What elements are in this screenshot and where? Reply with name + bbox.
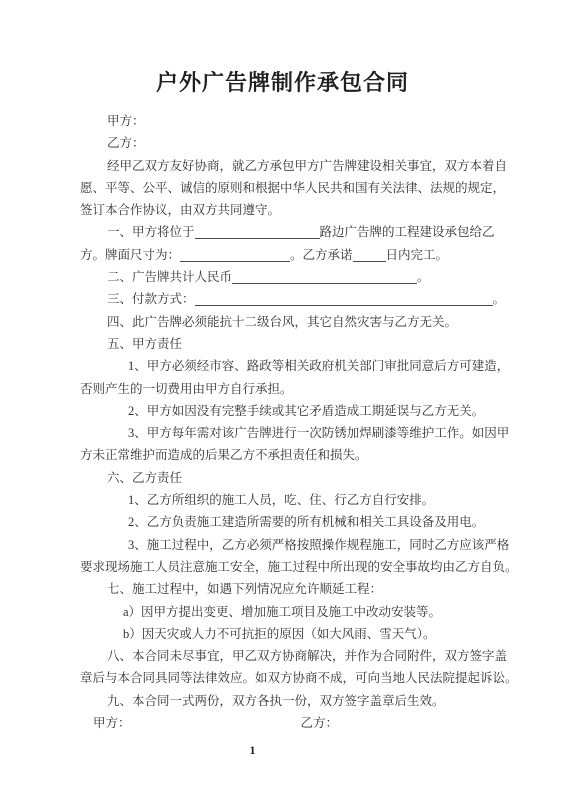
clause-4: 四、此广告牌必须能抗十二级台风，其它自然灾害与乙方无关。 — [80, 311, 525, 333]
text-run: 日内完工。 — [386, 248, 449, 262]
blank-location-field — [195, 226, 320, 239]
blank-panel-size-field — [180, 249, 290, 262]
clause-3: 三、付款方式：。 — [80, 288, 525, 310]
text-run: 1、乙方所组织的施工人员，吃、住、行乙方自行安排。 — [128, 493, 434, 507]
text-run: 方。牌面尺寸为： — [80, 248, 180, 262]
text-run: 否则产生的一切费用由甲方自行承担。 — [80, 382, 293, 396]
text-run: 方未正常维护而造成的后果乙方不承担责任和损失。 — [80, 448, 368, 462]
preamble-line-3: 签订本合作协议，由双方共同遵守。 — [80, 199, 525, 221]
signature-gap — [131, 726, 301, 727]
text-run: 。 — [493, 292, 506, 306]
party-a-label-text: 甲方： — [107, 114, 145, 128]
clause-5-item-1-line-2: 否则产生的一切费用由甲方自行承担。 — [80, 378, 525, 400]
clause-6-item-1: 1、乙方所组织的施工人员，吃、住、行乙方自行安排。 — [80, 489, 525, 511]
text-run: 路边广告牌的工程建设承包给乙 — [320, 225, 495, 239]
clause-6-item-2: 2、乙方负责施工建造所需要的所有机械和相关工具设备及用电。 — [80, 511, 525, 533]
clause-6-item-3-line-2: 要求现场施工人员注意施工安全，施工过程中所出现的安全事故均由乙方自负。 — [80, 556, 525, 578]
text-run: 经甲乙双方友好协商，就乙方承包甲方广告牌建设相关事宜，双方本着自 — [107, 159, 507, 173]
clause-6-heading: 六、乙方责任 — [80, 467, 525, 489]
text-run: 签订本合作协议，由双方共同遵守。 — [80, 203, 280, 217]
clause-5-heading: 五、甲方责任 — [80, 333, 525, 355]
document-title: 户外广告牌制作承包合同 — [0, 0, 565, 96]
text-run: 四、此广告牌必须能抗十二级台风，其它自然灾害与乙方无关。 — [107, 315, 457, 329]
text-run: 六、乙方责任 — [107, 471, 182, 485]
text-run: 2、乙方负责施工建造所需要的所有机械和相关工具设备及用电。 — [128, 515, 484, 529]
document-body: 甲方：乙方：经甲乙双方友好协商，就乙方承包甲方广告牌建设相关事宜，双方本着自愿、… — [80, 110, 525, 734]
clause-2: 二、广告牌共计人民币。 — [80, 266, 525, 288]
signature-party-b-label: 乙方： — [301, 716, 339, 730]
clause-8-line-2: 章后与本合同具同等法律效应。如双方协商不成，可向当地人民法院提起诉讼。 — [80, 667, 525, 689]
clause-8-line-1: 八、本合同未尽事宜，甲乙双方协商解决，并作为合同附件，双方签字盖 — [80, 645, 525, 667]
clause-1-line-2: 方。牌面尺寸为：。乙方承诺日内完工。 — [80, 244, 525, 266]
text-run: 愿、平等、公平、诚信的原则和根据中华人民共和国有关法律、法规的规定， — [80, 181, 505, 195]
text-run: 三、付款方式： — [107, 292, 195, 306]
preamble-line-2: 愿、平等、公平、诚信的原则和根据中华人民共和国有关法律、法规的规定， — [80, 177, 525, 199]
text-run: 章后与本合同具同等法律效应。如双方协商不成，可向当地人民法院提起诉讼。 — [80, 671, 518, 685]
text-run: b）因天灾或人力不可抗拒的原因（如大风雨、雪天气）。 — [123, 627, 436, 641]
text-run: a）因甲方提出变更、增加施工项目及施工中改动安装等。 — [123, 605, 441, 619]
text-run: 3、甲方每年需对该广告牌进行一次防锈加焊刷漆等维护工作。如因甲 — [128, 426, 509, 440]
clause-7-item-b: b）因天灾或人力不可抗拒的原因（如大风雨、雪天气）。 — [80, 623, 525, 645]
clause-1-line-1: 一、甲方将位于路边广告牌的工程建设承包给乙 — [80, 221, 525, 243]
party-a-label: 甲方： — [80, 110, 525, 132]
page-number: 1 — [0, 743, 505, 758]
text-run: 。乙方承诺 — [290, 248, 353, 262]
party-b-label-text: 乙方： — [107, 136, 145, 150]
text-run: 要求现场施工人员注意施工安全，施工过程中所出现的安全事故均由乙方自负。 — [80, 560, 518, 574]
blank-payment-method-field — [195, 293, 493, 306]
signature-line: 甲方：乙方： — [80, 712, 525, 734]
text-run: 2、甲方如因没有完整手续或其它矛盾造成工期延误与乙方无关。 — [128, 404, 484, 418]
signature-party-a-label: 甲方： — [93, 716, 131, 730]
text-run: 3、施工过程中，乙方必须严格按照操作规程施工，同时乙方应该严格 — [128, 538, 509, 552]
text-run: 五、甲方责任 — [107, 337, 182, 351]
clause-7-item-a: a）因甲方提出变更、增加施工项目及施工中改动安装等。 — [80, 601, 525, 623]
clause-5-item-2: 2、甲方如因没有完整手续或其它矛盾造成工期延误与乙方无关。 — [80, 400, 525, 422]
clause-7: 七、施工过程中，如遇下列情况应允许顺延工程： — [80, 578, 525, 600]
clause-5-item-1-line-1: 1、甲方必须经市容、路政等相关政府机关部门审批同意后方可建造， — [80, 355, 525, 377]
blank-days-field — [353, 249, 386, 262]
text-run: 。 — [417, 270, 430, 284]
text-run: 七、施工过程中，如遇下列情况应允许顺延工程： — [107, 582, 382, 596]
clause-5-item-3-line-2: 方未正常维护而造成的后果乙方不承担责任和损失。 — [80, 444, 525, 466]
clause-6-item-3-line-1: 3、施工过程中，乙方必须严格按照操作规程施工，同时乙方应该严格 — [80, 534, 525, 556]
preamble-line-1: 经甲乙双方友好协商，就乙方承包甲方广告牌建设相关事宜，双方本着自 — [80, 155, 525, 177]
text-run: 1、甲方必须经市容、路政等相关政府机关部门审批同意后方可建造， — [128, 359, 509, 373]
clause-5-item-3-line-1: 3、甲方每年需对该广告牌进行一次防锈加焊刷漆等维护工作。如因甲 — [80, 422, 525, 444]
text-run: 二、广告牌共计人民币 — [107, 270, 232, 284]
text-run: 九、本合同一式两份，双方各执一份，双方签字盖章后生效。 — [107, 694, 445, 708]
clause-9: 九、本合同一式两份，双方各执一份，双方签字盖章后生效。 — [80, 690, 525, 712]
text-run: 一、甲方将位于 — [107, 225, 195, 239]
contract-page: 户外广告牌制作承包合同 甲方：乙方：经甲乙双方友好协商，就乙方承包甲方广告牌建设… — [0, 0, 565, 800]
blank-amount-field — [232, 271, 417, 284]
party-b-label: 乙方： — [80, 132, 525, 154]
text-run: 八、本合同未尽事宜，甲乙双方协商解决，并作为合同附件，双方签字盖 — [107, 649, 507, 663]
